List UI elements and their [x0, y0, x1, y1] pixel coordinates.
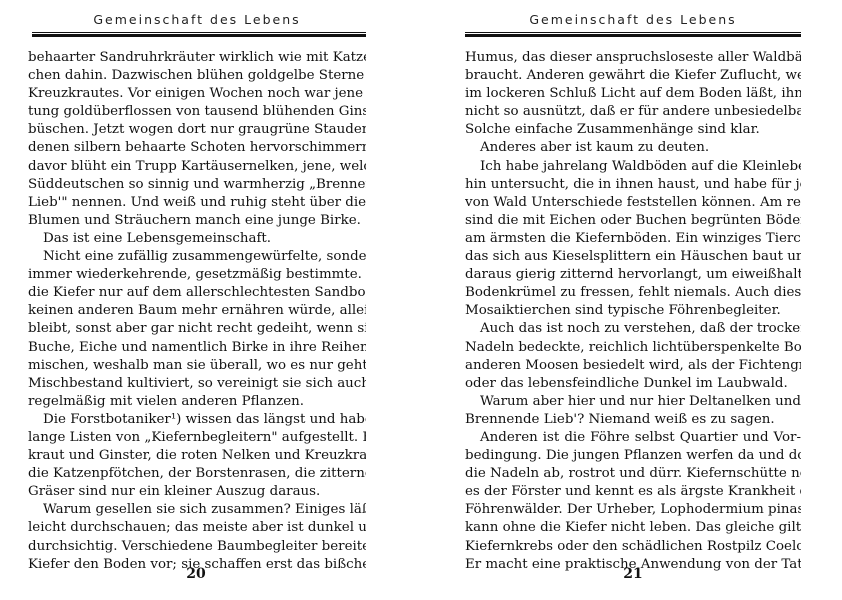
text-line: chen dahin. Dazwischen blühen goldgelbe … — [28, 67, 366, 85]
text-line: Anderes aber ist kaum zu deuten. — [465, 139, 801, 157]
text-line: kraut und Ginster, die roten Nelken und … — [28, 447, 366, 465]
text-line: Föhrenwälder. Der Urheber, Lophodermium … — [465, 501, 801, 519]
text-line: Lieb'" nennen. Und weiß und ruhig steht … — [28, 194, 366, 212]
text-line: Humus, das dieser anspruchsloseste aller… — [465, 49, 801, 67]
text-line: die Nadeln ab, rostrot und dürr. Kiefern… — [465, 465, 801, 483]
text-line: Bodenkrümel zu fressen, fehlt niemals. A… — [465, 284, 801, 302]
text-line: Warum aber hier und nur hier Deltanelken… — [465, 393, 801, 411]
text-line: im lockeren Schluß Licht auf dem Boden l… — [465, 85, 801, 103]
text-line: kann ohne die Kiefer nicht leben. Das gl… — [465, 519, 801, 537]
text-line: Mischbestand kultiviert, so vereinigt si… — [28, 375, 366, 393]
left-page: Gemeinschaft des Lebens behaarter Sandru… — [0, 0, 421, 600]
text-line: lange Listen von „Kiefernbegleitern" auf… — [28, 429, 366, 447]
text-line: Warum gesellen sie sich zusammen? Einige… — [28, 501, 366, 519]
text-line: leicht durchschauen; das meiste aber ist… — [28, 519, 366, 537]
text-line: Nadeln bedeckte, reichlich lichtüberspen… — [465, 339, 801, 357]
text-line: Solche einfache Zusammenhänge sind klar. — [465, 121, 801, 139]
right-page: Gemeinschaft des Lebens Humus, das diese… — [421, 0, 842, 600]
text-line: Gräser sind nur ein kleiner Auszug darau… — [28, 483, 366, 501]
text-line: Anderen ist die Föhre selbst Quartier un… — [465, 429, 801, 447]
text-line: Kreuzkrautes. Vor einigen Wochen noch wa… — [28, 85, 366, 103]
page-number: 20 — [176, 566, 216, 582]
page-number: 21 — [613, 566, 653, 582]
text-line: Ich habe jahrelang Waldböden auf die Kle… — [465, 158, 801, 176]
text-line: Die Forstbotaniker¹) wissen das längst u… — [28, 411, 366, 429]
text-line: daraus gierig zitternd hervorlangt, um e… — [465, 266, 801, 284]
text-line: bleibt, sonst aber gar nicht recht gedei… — [28, 320, 366, 338]
text-line: es der Förster und kennt es als ärgste K… — [465, 483, 801, 501]
text-line: hin untersucht, die in ihnen haust, und … — [465, 176, 801, 194]
text-line: nicht so ausnützt, daß er für andere unb… — [465, 103, 801, 121]
text-line: Blumen und Sträuchern manch eine junge B… — [28, 212, 366, 230]
text-line: am ärmsten die Kiefernböden. Ein winzige… — [465, 230, 801, 248]
text-line: die Katzenpfötchen, der Borstenrasen, di… — [28, 465, 366, 483]
text-line: regelmäßig mit vielen anderen Pflanzen. — [28, 393, 366, 411]
text-line: Brennende Lieb'? Niemand weiß es zu sage… — [465, 411, 801, 429]
text-line: Mosaiktierchen sind typische Föhrenbegle… — [465, 302, 801, 320]
text-line: anderen Moosen besiedelt wird, als der F… — [465, 357, 801, 375]
text-line: durchsichtig. Verschiedene Baumbegleiter… — [28, 538, 366, 556]
text-line: keinen anderen Baum mehr ernähren würde,… — [28, 302, 366, 320]
text-line: Das ist eine Lebensgemeinschaft. — [28, 230, 366, 248]
text-line: denen silbern behaarte Schoten hervorsch… — [28, 139, 366, 157]
text-line: immer wiederkehrende, gesetzmäßig bestim… — [28, 266, 366, 284]
text-line: büschen. Jetzt wogen dort nur graugrüne … — [28, 121, 366, 139]
text-line: Kiefernkrebs oder den schädlichen Rostpi… — [465, 538, 801, 556]
running-head: Gemeinschaft des Lebens — [465, 12, 801, 27]
text-line: von Wald Unterschiede feststellen können… — [465, 194, 801, 212]
text-line: sind die mit Eichen oder Buchen begrünte… — [465, 212, 801, 230]
text-line: mischen, weshalb man sie überall, wo es … — [28, 357, 366, 375]
body-text: Humus, das dieser anspruchsloseste aller… — [465, 49, 801, 574]
text-line: Süddeutschen so sinnig und warmherzig „B… — [28, 176, 366, 194]
text-line: die Kiefer nur auf dem allerschlechteste… — [28, 284, 366, 302]
header-rule — [465, 32, 801, 37]
text-line: bedingung. Die jungen Pflanzen werfen da… — [465, 447, 801, 465]
text-line: oder das lebensfeindliche Dunkel im Laub… — [465, 375, 801, 393]
text-line: behaarter Sandruhrkräuter wirklich wie m… — [28, 49, 366, 67]
text-line: Buche, Eiche und namentlich Birke in ihr… — [28, 339, 366, 357]
text-line: Nicht eine zufällig zusammengewürfelte, … — [28, 248, 366, 266]
text-line: davor blüht ein Trupp Kartäusernelken, j… — [28, 158, 366, 176]
text-line: braucht. Anderen gewährt die Kiefer Zufl… — [465, 67, 801, 85]
text-line: tung goldüberflossen von tausend blühend… — [28, 103, 366, 121]
header-rule — [32, 32, 366, 37]
text-line: das sich aus Kieselsplittern ein Häusche… — [465, 248, 801, 266]
text-line: Auch das ist noch zu verstehen, daß der … — [465, 320, 801, 338]
running-head: Gemeinschaft des Lebens — [28, 12, 366, 27]
body-text: behaarter Sandruhrkräuter wirklich wie m… — [28, 49, 366, 574]
